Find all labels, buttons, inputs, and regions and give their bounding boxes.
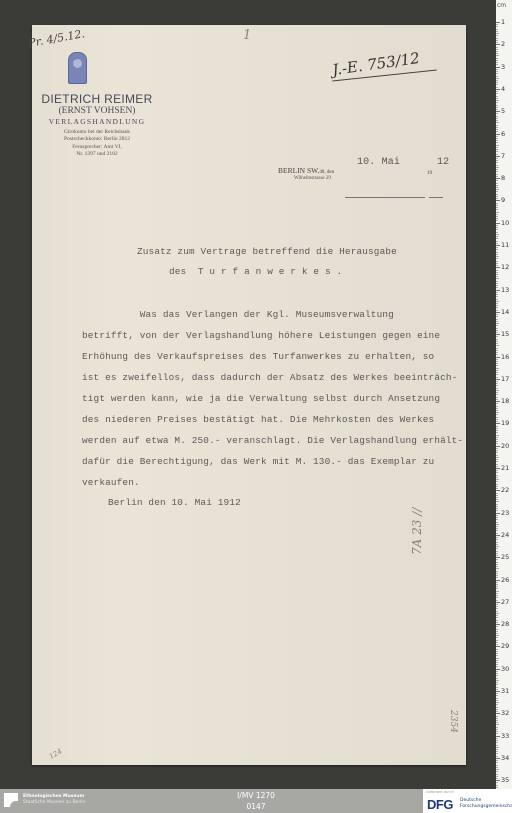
ruler-minor-tick	[496, 78, 499, 79]
ruler-minor-tick	[496, 727, 498, 728]
ruler-minor-tick	[496, 785, 498, 786]
ruler-minor-tick	[496, 374, 498, 375]
ruler-minor-tick	[496, 575, 498, 576]
ruler-minor-tick	[496, 31, 498, 32]
ruler-minor-tick	[496, 205, 498, 206]
ruler-minor-tick	[496, 377, 498, 378]
ruler-minor-tick	[496, 664, 498, 665]
ruler-minor-tick	[496, 678, 498, 679]
ruler-minor-tick	[496, 64, 498, 65]
ruler-minor-tick	[496, 479, 499, 480]
ruler-unit-label: cm	[497, 2, 506, 9]
ruler-minor-tick	[496, 687, 498, 688]
ruler-minor-tick	[496, 76, 498, 77]
ruler-minor-tick	[496, 191, 498, 192]
ruler-tick	[496, 468, 500, 469]
ruler-minor-tick	[496, 486, 498, 487]
date-rule	[345, 197, 425, 198]
ruler-number: 14	[501, 308, 509, 316]
ruler-minor-tick	[496, 149, 498, 150]
ruler-minor-tick	[496, 437, 498, 438]
ruler-minor-tick	[496, 693, 498, 694]
ruler-minor-tick	[496, 51, 498, 52]
ruler-tick	[496, 334, 500, 335]
ruler-minor-tick	[496, 606, 498, 607]
ruler-minor-tick	[496, 591, 499, 592]
ruler-minor-tick	[496, 782, 498, 783]
ruler-minor-tick	[496, 762, 498, 763]
ruler-minor-tick	[496, 751, 498, 752]
ruler-minor-tick	[496, 566, 498, 567]
ruler-minor-tick	[496, 60, 498, 61]
ruler-minor-tick	[496, 142, 498, 143]
ruler-minor-tick	[496, 100, 499, 101]
ruler-minor-tick	[496, 769, 499, 770]
ruler-minor-tick	[496, 58, 498, 59]
ruler-tick	[496, 200, 500, 201]
ruler-tick	[496, 602, 500, 603]
ruler-minor-tick	[496, 116, 498, 117]
ruler-number: 28	[501, 620, 509, 628]
ruler-minor-tick	[496, 348, 498, 349]
ruler-minor-tick	[496, 125, 498, 126]
ruler-number: 4	[501, 85, 505, 93]
ruler-minor-tick	[496, 622, 498, 623]
ruler-minor-tick	[496, 40, 498, 41]
ruler-minor-tick	[496, 651, 498, 652]
ruler-minor-tick	[496, 225, 498, 226]
ruler-minor-tick	[496, 493, 498, 494]
ruler-tick	[496, 557, 500, 558]
ruler-tick	[496, 44, 500, 45]
ruler-minor-tick	[496, 80, 498, 81]
ruler-minor-tick	[496, 185, 498, 186]
body-line: ist es zweifellos, dass dadurch der Absa…	[82, 372, 457, 383]
ruler-minor-tick	[496, 542, 498, 543]
ruler-minor-tick	[496, 595, 498, 596]
ruler-minor-tick	[496, 774, 498, 775]
ruler-minor-tick	[496, 711, 498, 712]
ruler-minor-tick	[496, 71, 498, 72]
ruler-minor-tick	[496, 352, 498, 353]
ruler-minor-tick	[496, 187, 498, 188]
ruler-minor-tick	[496, 450, 498, 451]
ruler-minor-tick	[496, 738, 498, 739]
ruler-minor-tick	[496, 365, 498, 366]
ruler-tick	[496, 312, 500, 313]
letter-page: Pr. 4/5.12. 1 J.-E. 753/12 DIETRICH REIM…	[32, 25, 466, 765]
ruler-minor-tick	[496, 740, 498, 741]
ruler-number: 12	[501, 263, 509, 271]
ruler-minor-tick	[496, 345, 499, 346]
ruler-minor-tick	[496, 296, 498, 297]
ruler-minor-tick	[496, 131, 498, 132]
ruler-minor-tick	[496, 314, 498, 315]
ruler-minor-tick	[496, 464, 498, 465]
ruler-minor-tick	[496, 477, 498, 478]
ruler-number: 33	[501, 732, 509, 740]
ruler-minor-tick	[496, 539, 498, 540]
ruler-minor-tick	[496, 568, 499, 569]
ruler-minor-tick	[496, 278, 499, 279]
ruler-minor-tick	[496, 256, 499, 257]
ruler-minor-tick	[496, 113, 498, 114]
ruler-minor-tick	[496, 343, 498, 344]
year-prefix: 19	[427, 171, 432, 176]
ruler-minor-tick	[496, 508, 498, 509]
letterhead-name: DIETRICH REIMER	[26, 92, 168, 106]
ruler-minor-tick	[496, 203, 498, 204]
ruler-minor-tick	[496, 504, 498, 505]
ruler-minor-tick	[496, 73, 498, 74]
ruler-minor-tick	[496, 649, 498, 650]
ruler-number: 30	[501, 665, 509, 673]
ruler-minor-tick	[496, 613, 499, 614]
ruler-minor-tick	[496, 700, 498, 701]
ruler-minor-tick	[496, 702, 499, 703]
ruler-minor-tick	[496, 548, 498, 549]
ruler-minor-tick	[496, 241, 498, 242]
closing-line: Berlin den 10. Mai 1912	[108, 497, 241, 508]
ruler-number: 18	[501, 397, 509, 405]
ruler-minor-tick	[496, 426, 498, 427]
ruler-minor-tick	[496, 174, 498, 175]
ruler-tick	[496, 111, 500, 112]
ruler-minor-tick	[496, 584, 498, 585]
ruler-minor-tick	[496, 118, 498, 119]
ruler-minor-tick	[496, 633, 498, 634]
handwritten-note-top-left: Pr. 4/5.12.	[27, 27, 86, 50]
body-line: tigt werden kann, wie ja die Verwaltung …	[82, 393, 440, 404]
ruler-minor-tick	[496, 316, 498, 317]
letterhead-bank: Girokonto bei der Reichsbank	[32, 129, 162, 136]
ruler-minor-tick	[496, 196, 498, 197]
ruler-minor-tick	[496, 604, 498, 605]
ruler-minor-tick	[496, 388, 498, 389]
ruler-minor-tick	[496, 325, 498, 326]
ruler-minor-tick	[496, 397, 498, 398]
ruler-minor-tick	[496, 406, 498, 407]
ruler-minor-tick	[496, 718, 498, 719]
ruler-number: 2	[501, 40, 505, 48]
ruler-minor-tick	[496, 105, 498, 106]
ruler-minor-tick	[496, 522, 498, 523]
ruler-minor-tick	[496, 421, 498, 422]
ruler-minor-tick	[496, 470, 498, 471]
ruler-tick	[496, 758, 500, 759]
ruler-minor-tick	[496, 617, 498, 618]
ruler-minor-tick	[496, 611, 498, 612]
ruler-minor-tick	[496, 671, 498, 672]
ruler-minor-tick	[496, 176, 498, 177]
ruler-minor-tick	[496, 419, 498, 420]
ruler-number: 11	[501, 241, 509, 249]
ruler-minor-tick	[496, 526, 498, 527]
body-line: betrifft, von der Verlagshandlung höhere…	[82, 330, 440, 341]
ruler-minor-tick	[496, 381, 498, 382]
ruler-minor-tick	[496, 510, 498, 511]
ruler-minor-tick	[496, 608, 498, 609]
ruler-tick	[496, 669, 500, 670]
ruler-number: 35	[501, 776, 509, 784]
ruler-minor-tick	[496, 448, 498, 449]
ruler-minor-tick	[496, 600, 498, 601]
ruler-minor-tick	[496, 138, 498, 139]
ruler-minor-tick	[496, 562, 498, 563]
pencil-note-bottom-right: 2354	[448, 710, 458, 733]
ruler-minor-tick	[496, 544, 498, 545]
ruler-minor-tick	[496, 26, 498, 27]
ruler-minor-tick	[496, 551, 498, 552]
ruler-tick	[496, 22, 500, 23]
ruler-minor-tick	[496, 98, 498, 99]
ruler-minor-tick	[496, 120, 498, 121]
archive-footer: Ethnologisches Museum Staatliche Museen …	[0, 789, 512, 813]
ruler-tick	[496, 290, 500, 291]
ruler-minor-tick	[496, 410, 498, 411]
ruler-minor-tick	[496, 319, 498, 320]
ruler-minor-tick	[496, 461, 498, 462]
funded-by-label: Gefördert durch	[426, 790, 454, 794]
ruler-minor-tick	[496, 321, 498, 322]
ruler-minor-tick	[496, 247, 498, 248]
ruler-tick	[496, 223, 500, 224]
ruler-minor-tick	[496, 361, 498, 362]
ruler-minor-tick	[496, 724, 499, 725]
ruler-minor-tick	[496, 488, 498, 489]
ruler-tick	[496, 89, 500, 90]
dfg-name-line-2: Forschungsgemeinschaft	[460, 804, 512, 809]
ruler-minor-tick	[496, 484, 498, 485]
ruler-minor-tick	[496, 760, 498, 761]
ruler-minor-tick	[496, 553, 498, 554]
ruler-minor-tick	[496, 629, 498, 630]
ruler-minor-tick	[496, 243, 498, 244]
ruler-minor-tick	[496, 704, 498, 705]
ruler-minor-tick	[496, 55, 499, 56]
ruler-minor-tick	[496, 597, 498, 598]
ruler-minor-tick	[496, 62, 498, 63]
ruler-minor-tick	[496, 620, 498, 621]
dfg-logo-icon: DFG	[427, 797, 453, 812]
ruler-minor-tick	[496, 53, 498, 54]
ruler-minor-tick	[496, 546, 499, 547]
pencil-note-right-margin: 7A 23 //	[410, 508, 424, 555]
ruler-minor-tick	[496, 69, 498, 70]
ruler-minor-tick	[496, 310, 498, 311]
ruler-minor-tick	[496, 93, 498, 94]
pencil-note-bottom-left: 124	[48, 747, 64, 761]
ruler-minor-tick	[496, 328, 498, 329]
ruler-minor-tick	[496, 765, 498, 766]
ruler-minor-tick	[496, 588, 498, 589]
ruler-minor-tick	[496, 459, 498, 460]
ruler-minor-tick	[496, 189, 499, 190]
ruler-minor-tick	[496, 272, 498, 273]
ruler-minor-tick	[496, 537, 498, 538]
ruler-minor-tick	[496, 455, 498, 456]
body-line: dafür die Berechtigung, das Werk mit M. …	[82, 456, 434, 467]
ruler-minor-tick	[496, 227, 498, 228]
ruler-minor-tick	[496, 339, 498, 340]
ruler-tick	[496, 156, 500, 157]
ruler-minor-tick	[496, 294, 498, 295]
ruler-minor-tick	[496, 218, 498, 219]
ruler-minor-tick	[496, 127, 498, 128]
ruler-tick	[496, 423, 500, 424]
ruler-number: 9	[501, 196, 505, 204]
ruler-minor-tick	[496, 332, 498, 333]
ruler-minor-tick	[496, 417, 498, 418]
ruler-number: 1	[501, 18, 505, 26]
ruler-tick	[496, 691, 500, 692]
ruler-minor-tick	[496, 767, 498, 768]
ruler-minor-tick	[496, 666, 498, 667]
ruler-minor-tick	[496, 680, 499, 681]
ruler-minor-tick	[496, 577, 498, 578]
ruler-minor-tick	[496, 452, 498, 453]
ruler-minor-tick	[496, 742, 498, 743]
ruler-minor-tick	[496, 385, 498, 386]
ruler-minor-tick	[496, 276, 498, 277]
ruler-minor-tick	[496, 684, 498, 685]
ruler-minor-tick	[496, 753, 498, 754]
ruler-minor-tick	[496, 283, 498, 284]
body-line: Was das Verlangen der Kgl. Museumsverwal…	[82, 309, 394, 320]
ruler-tick	[496, 736, 500, 737]
ruler-number: 3	[501, 63, 505, 71]
typed-year: 12	[437, 157, 449, 168]
letterhead-subname: (ERNST VOHSEN)	[32, 106, 162, 116]
ruler-number: 17	[501, 375, 509, 383]
ruler-minor-tick	[496, 47, 498, 48]
ruler-minor-tick	[496, 370, 498, 371]
ruler-minor-tick	[496, 238, 498, 239]
ruler-minor-tick	[496, 682, 498, 683]
ruler-minor-tick	[496, 756, 498, 757]
ruler-minor-tick	[496, 38, 498, 39]
ruler-minor-tick	[496, 154, 498, 155]
ruler-minor-tick	[496, 709, 498, 710]
ruler-minor-tick	[496, 519, 498, 520]
ruler-minor-tick	[496, 265, 498, 266]
ruler-minor-tick	[496, 771, 498, 772]
ruler-minor-tick	[496, 428, 498, 429]
body-line: werden auf etwa M. 250.- veranschlagt. D…	[82, 435, 463, 446]
ruler-minor-tick	[496, 517, 498, 518]
ruler-minor-tick	[496, 158, 498, 159]
ruler-minor-tick	[496, 626, 498, 627]
ruler-minor-tick	[496, 475, 498, 476]
ruler-minor-tick	[496, 305, 498, 306]
ruler-minor-tick	[496, 336, 498, 337]
ruler-minor-tick	[496, 33, 499, 34]
ruler-number: 22	[501, 486, 509, 494]
ruler-minor-tick	[496, 390, 499, 391]
ruler-minor-tick	[496, 42, 498, 43]
ruler-minor-tick	[496, 443, 498, 444]
ruler-minor-tick	[496, 392, 498, 393]
ruler-minor-tick	[496, 368, 499, 369]
ruler-tick	[496, 646, 500, 647]
ruler-minor-tick	[496, 234, 499, 235]
ruler-minor-tick	[496, 96, 498, 97]
ruler-minor-tick	[496, 533, 498, 534]
ruler-number: 24	[501, 531, 509, 539]
ruler-minor-tick	[496, 194, 498, 195]
ruler-minor-tick	[496, 162, 498, 163]
ruler-minor-tick	[496, 281, 498, 282]
ruler-minor-tick	[496, 107, 498, 108]
ruler-minor-tick	[496, 481, 498, 482]
ruler-minor-tick	[496, 35, 498, 36]
ruler-minor-tick	[496, 24, 498, 25]
ruler-minor-tick	[496, 167, 499, 168]
ruler-minor-tick	[496, 207, 498, 208]
ruler-minor-tick	[496, 662, 498, 663]
ruler-minor-tick	[496, 258, 498, 259]
ruler-tick	[496, 580, 500, 581]
handwritten-folio-number: 1	[243, 28, 251, 43]
ruler-tick	[496, 780, 500, 781]
ruler-tick	[496, 401, 500, 402]
ruler-minor-tick	[496, 720, 498, 721]
ruler-minor-tick	[496, 160, 498, 161]
ruler-minor-tick	[496, 287, 498, 288]
body-line: Erhöhung des Verkaufspreises des Turfanw…	[82, 351, 434, 362]
ruler-minor-tick	[496, 209, 498, 210]
ruler-minor-tick	[496, 439, 498, 440]
ruler-minor-tick	[496, 307, 498, 308]
ruler-minor-tick	[496, 254, 498, 255]
ruler-minor-tick	[496, 285, 498, 286]
ruler-minor-tick	[496, 169, 498, 170]
ruler-minor-tick	[496, 214, 498, 215]
ruler-tick	[496, 267, 500, 268]
ruler-minor-tick	[496, 528, 498, 529]
ruler-minor-tick	[496, 212, 499, 213]
dateline-place: BERLIN SW.48, den	[278, 166, 334, 175]
ruler-minor-tick	[496, 637, 498, 638]
ruler-minor-tick	[496, 151, 498, 152]
ruler-minor-tick	[496, 292, 498, 293]
ruler-minor-tick	[496, 593, 498, 594]
ruler-minor-tick	[496, 729, 498, 730]
ruler-minor-tick	[496, 573, 498, 574]
ruler-minor-tick	[496, 673, 498, 674]
ruler-minor-tick	[496, 749, 498, 750]
letterhead-phone-numbers: Nr. 1397 und 2182	[32, 151, 162, 158]
ruler-minor-tick	[496, 414, 498, 415]
ruler-minor-tick	[496, 236, 498, 237]
ruler-tick	[496, 67, 500, 68]
ruler-minor-tick	[496, 299, 498, 300]
ruler-minor-tick	[496, 301, 499, 302]
ruler-minor-tick	[496, 412, 499, 413]
ruler-minor-tick	[496, 229, 498, 230]
ruler-minor-tick	[496, 559, 498, 560]
ruler-minor-tick	[496, 183, 498, 184]
ruler-number: 15	[501, 330, 509, 338]
ruler-minor-tick	[496, 359, 498, 360]
dfg-name-line-1: Deutsche	[460, 798, 481, 803]
ruler-minor-tick	[496, 571, 498, 572]
ruler-minor-tick	[496, 432, 498, 433]
ruler-minor-tick	[496, 82, 498, 83]
dateline-street: Wilhelmstrasse 29	[294, 176, 331, 181]
ruler-number: 34	[501, 754, 509, 762]
ruler-tick	[496, 624, 500, 625]
